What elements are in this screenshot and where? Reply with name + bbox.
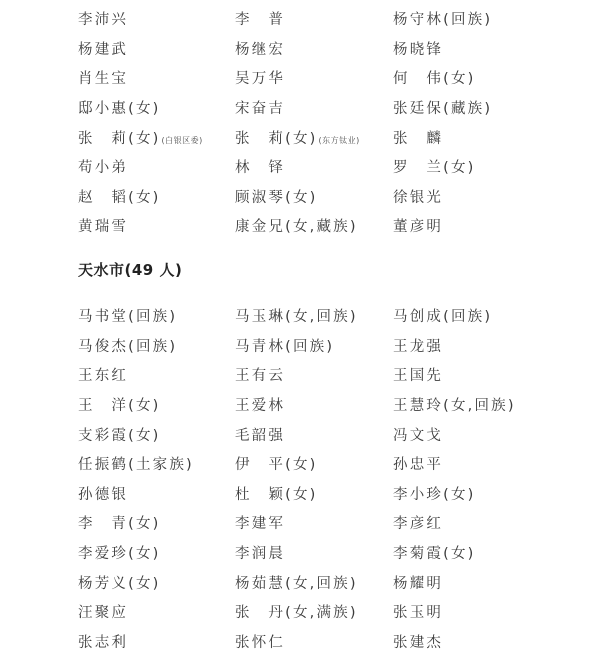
name-entry: 杜 颖(女) — [235, 483, 393, 504]
name-entry: 邸小惠(女) — [78, 97, 235, 118]
name-entry: 张玉明 — [393, 601, 578, 622]
name-entry: 王爱林 — [235, 394, 393, 415]
name-entry: 马玉琳(女,回族) — [235, 305, 393, 326]
name-entry: 顾淑琴(女) — [235, 186, 393, 207]
name-grid-1: 李沛兴 李 普 杨守林(回族) 杨建武 杨继宏 杨晓锋 肖生宝 吴万华 何 伟(… — [78, 4, 578, 241]
name-entry: 任振鹤(土家族) — [78, 453, 235, 474]
name-entry: 张 麟 — [393, 127, 578, 148]
name-entry: 徐银光 — [393, 186, 578, 207]
name-entry: 张建杰 — [393, 631, 578, 652]
name-entry: 张廷保(藏族) — [393, 97, 578, 118]
name-entry: 杨晓锋 — [393, 38, 578, 59]
name-entry: 冯文戈 — [393, 424, 578, 445]
name-entry: 张 丹(女,满族) — [235, 601, 393, 622]
name-entry-with-note: 张 莉(女)(白银区委) — [78, 127, 235, 148]
name-entry: 罗 兰(女) — [393, 156, 578, 177]
name-list-section-2: 马书堂(回族) 马玉琳(女,回族) 马创成(回族) 马俊杰(回族) 马青林(回族… — [78, 301, 578, 656]
name-entry: 吴万华 — [235, 67, 393, 88]
name-entry: 孙德银 — [78, 483, 235, 504]
name-entry: 马创成(回族) — [393, 305, 578, 326]
name-entry: 王有云 — [235, 364, 393, 385]
name-entry: 汪聚应 — [78, 601, 235, 622]
name-entry: 李建军 — [235, 512, 393, 533]
name-entry: 李 普 — [235, 8, 393, 29]
name-entry: 赵 韬(女) — [78, 186, 235, 207]
name-entry: 杨耀明 — [393, 572, 578, 593]
name-list-section-1: 李沛兴 李 普 杨守林(回族) 杨建武 杨继宏 杨晓锋 肖生宝 吴万华 何 伟(… — [78, 4, 578, 241]
affiliation-note: (东方钛业) — [319, 136, 360, 145]
name-entry: 李润晨 — [235, 542, 393, 563]
name-entry: 王龙强 — [393, 335, 578, 356]
name-entry: 苟小弟 — [78, 156, 235, 177]
name-entry: 王慧玲(女,回族) — [393, 394, 578, 415]
name-entry: 支彩霞(女) — [78, 424, 235, 445]
name-entry: 李彦红 — [393, 512, 578, 533]
name-entry: 黄瑞雪 — [78, 215, 235, 236]
name-entry: 何 伟(女) — [393, 67, 578, 88]
name-entry: 杨芳义(女) — [78, 572, 235, 593]
name-entry: 孙忠平 — [393, 453, 578, 474]
name-grid-2: 马书堂(回族) 马玉琳(女,回族) 马创成(回族) 马俊杰(回族) 马青林(回族… — [78, 301, 578, 656]
name-entry: 毛韶强 — [235, 424, 393, 445]
name-entry: 肖生宝 — [78, 67, 235, 88]
name-text: 张 莉(女) — [235, 131, 318, 147]
name-entry: 王 洋(女) — [78, 394, 235, 415]
name-entry: 杨守林(回族) — [393, 8, 578, 29]
name-entry: 马书堂(回族) — [78, 305, 235, 326]
name-entry: 李沛兴 — [78, 8, 235, 29]
name-text: 张 莉(女) — [78, 131, 161, 147]
name-entry: 林 铎 — [235, 156, 393, 177]
name-entry: 杨继宏 — [235, 38, 393, 59]
name-entry: 王国先 — [393, 364, 578, 385]
name-entry: 康金兄(女,藏族) — [235, 215, 393, 236]
name-entry: 李小珍(女) — [393, 483, 578, 504]
name-entry: 李爱珍(女) — [78, 542, 235, 563]
name-entry-with-note: 张 莉(女)(东方钛业) — [235, 127, 393, 148]
name-entry: 杨建武 — [78, 38, 235, 59]
name-entry: 杨茹慧(女,回族) — [235, 572, 393, 593]
name-entry: 张志利 — [78, 631, 235, 652]
section-heading-tianshui: 天水市(49 人) — [78, 259, 182, 280]
name-entry: 董彦明 — [393, 215, 578, 236]
name-entry: 李菊霞(女) — [393, 542, 578, 563]
name-entry: 伊 平(女) — [235, 453, 393, 474]
name-entry: 马俊杰(回族) — [78, 335, 235, 356]
name-entry: 宋奋吉 — [235, 97, 393, 118]
name-entry: 马青林(回族) — [235, 335, 393, 356]
name-entry: 张怀仁 — [235, 631, 393, 652]
name-entry: 王东红 — [78, 364, 235, 385]
affiliation-note: (白银区委) — [162, 136, 203, 145]
name-entry: 李 青(女) — [78, 512, 235, 533]
